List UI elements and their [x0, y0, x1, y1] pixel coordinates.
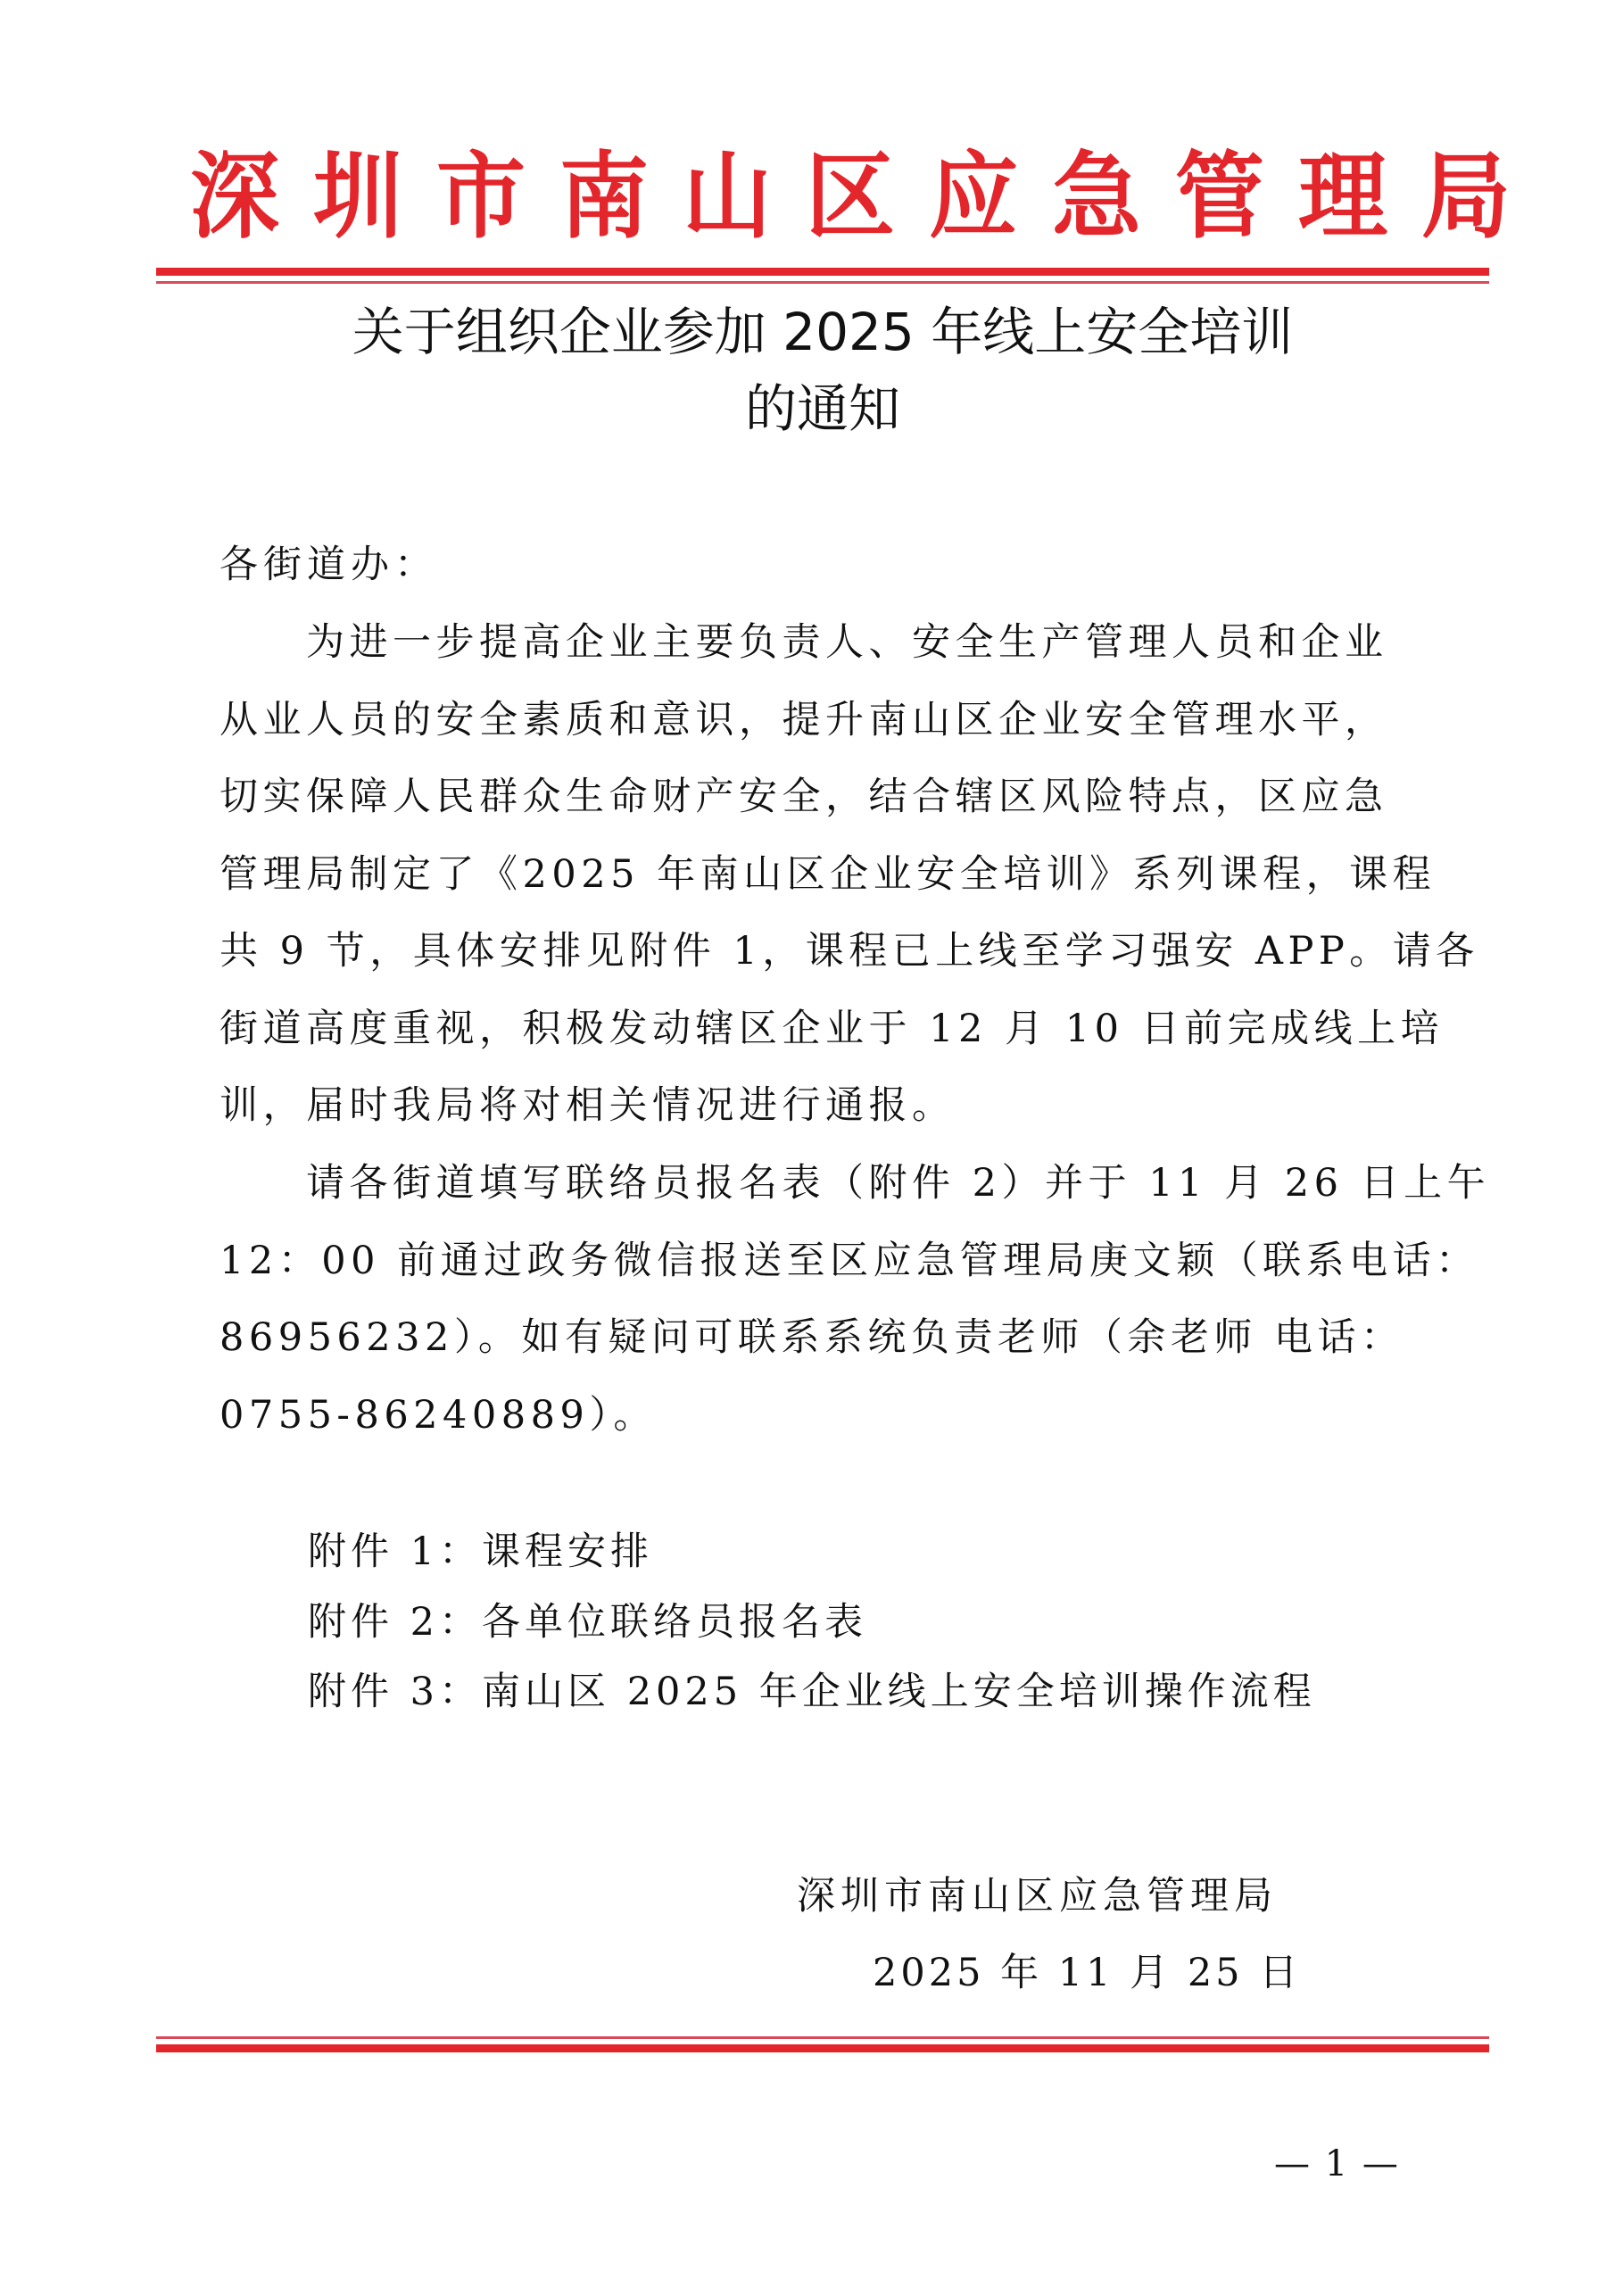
paragraph-line: 请各街道填写联络员报名表（附件 2）并于 11 月 26 日上午	[219, 1145, 1415, 1223]
paragraph-line: 训，届时我局将对相关情况进行通报。	[219, 1067, 1415, 1145]
document-title-line-2: 的通知	[156, 373, 1489, 444]
issuer-signature: 深圳市南山区应急管理局	[797, 1858, 1278, 1935]
attachment-item-3: 附件 3：南山区 2025 年企业线上安全培训操作流程	[308, 1657, 1316, 1728]
body-paragraph-1: 为进一步提高企业主要负责人、安全生产管理人员和企业 从业人员的安全素质和意识，提…	[219, 604, 1415, 1145]
paragraph-line: 街道高度重视，积极发动辖区企业于 12 月 10 日前完成线上培	[219, 991, 1415, 1068]
footer-thin-rule	[156, 2036, 1489, 2039]
footer-thick-rule	[156, 2044, 1489, 2052]
paragraph-line: 从业人员的安全素质和意识，提升南山区企业安全管理水平，	[219, 682, 1415, 759]
attachments-list: 附件 1：课程安排 附件 2：各单位联络员报名表 附件 3：南山区 2025 年…	[308, 1517, 1316, 1728]
page-number: — 1 —	[1274, 2142, 1400, 2186]
salutation: 各街道办：	[219, 526, 1415, 604]
attachment-item-1: 附件 1：课程安排	[308, 1517, 1316, 1587]
body-paragraph-2: 请各街道填写联络员报名表（附件 2）并于 11 月 26 日上午 12：00 前…	[219, 1145, 1415, 1454]
paragraph-line: 管理局制定了《2025 年南山区企业安全培训》系列课程，课程	[219, 836, 1415, 914]
document-title-line-1: 关于组织企业参加 2025 年线上安全培训	[156, 296, 1489, 368]
masthead-thick-rule	[156, 268, 1489, 276]
attachment-item-2: 附件 2：各单位联络员报名表	[308, 1587, 1316, 1658]
paragraph-line: 为进一步提高企业主要负责人、安全生产管理人员和企业	[219, 604, 1415, 682]
paragraph-line: 86956232）。如有疑问可联系系统负责老师（余老师 电话：	[219, 1299, 1415, 1377]
issue-date: 2025 年 11 月 25 日	[873, 1935, 1301, 2011]
paragraph-line: 12：00 前通过政务微信报送至区应急管理局庚文颖（联系电话：	[219, 1223, 1415, 1300]
masthead-thin-rule	[156, 281, 1489, 284]
issuer-masthead: 深圳市南山区应急管理局	[156, 140, 1489, 253]
paragraph-line: 共 9 节，具体安排见附件 1，课程已上线至学习强安 APP。请各	[219, 913, 1415, 991]
paragraph-line: 切实保障人民群众生命财产安全，结合辖区风险特点，区应急	[219, 758, 1415, 836]
paragraph-line: 0755-86240889）。	[219, 1377, 1415, 1455]
